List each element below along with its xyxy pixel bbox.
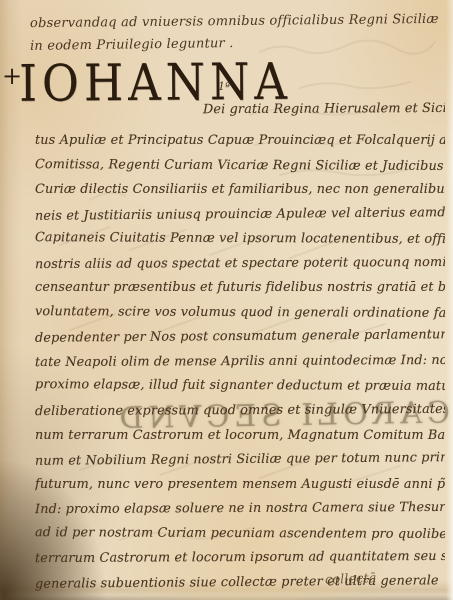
body-line: proximo elapsæ, illud fuit signanter ded… <box>35 374 445 400</box>
body-line: futurum, nunc vero presentem mensem Augu… <box>35 473 445 498</box>
body-line: Ind: proximo elapsæ soluere ne in nostra… <box>35 496 445 523</box>
heading-ordinal-superscript: 1ª <box>218 80 230 93</box>
body-line: Comitissa, Regenti Curiam Vicariæ Regni … <box>35 153 445 179</box>
body-line: Dei gratia Regina Hierusalem et Siciliæ,… <box>35 99 445 130</box>
body-line: Capitaneis Ciuitatis Pennæ vel ipsorum l… <box>35 226 445 252</box>
body-line: terrarum Castrorum et locorum ipsorum ad… <box>35 545 445 572</box>
body-line: censeantur præsentibus et futuris fideli… <box>35 276 445 301</box>
header-paragraph: observandaq ad vniuersis omnibus officia… <box>30 14 442 51</box>
header-line: observandaq ad vniuersis omnibus officia… <box>30 12 442 31</box>
body-line: tate Neapoli olim de mense Aprilis anni … <box>35 349 445 376</box>
manuscript-page: CAROLI SECVND observandaq ad vniuersis o… <box>0 0 453 600</box>
body-line: num et Nobilium Regni nostri Siciliæ que… <box>35 446 445 474</box>
body-line: nostris aliis ad quos spectat et spectar… <box>35 251 445 278</box>
body-line: ad id per nostram Curiam pecuniam ascend… <box>35 521 445 547</box>
catchword: collectā <box>325 571 377 588</box>
body-line: tus Apuliæ et Principatus Capuæ Prouinci… <box>35 129 445 154</box>
body-line: Curiæ dilectis Consiliariis et familiari… <box>35 178 445 203</box>
body-line: neis et Justitiariis uniusq prouinciæ Ap… <box>35 201 445 229</box>
header-line: in eodem Priuilegio leguntur . <box>30 33 442 54</box>
body-line: deliberatione expressum quod omnes et si… <box>35 398 445 425</box>
body-line: num terrarum Castrorum et locorum, Magna… <box>35 424 445 449</box>
body-line: dependenter per Nos post consumatum gene… <box>35 324 445 352</box>
body-line: voluntatem, scire vos volumus quod in ge… <box>35 300 445 326</box>
body-paragraph: Dei gratia Regina Hierusalem et Siciliæ,… <box>35 100 445 595</box>
body-line: generalis subuentionis siue collectæ pre… <box>35 569 445 597</box>
